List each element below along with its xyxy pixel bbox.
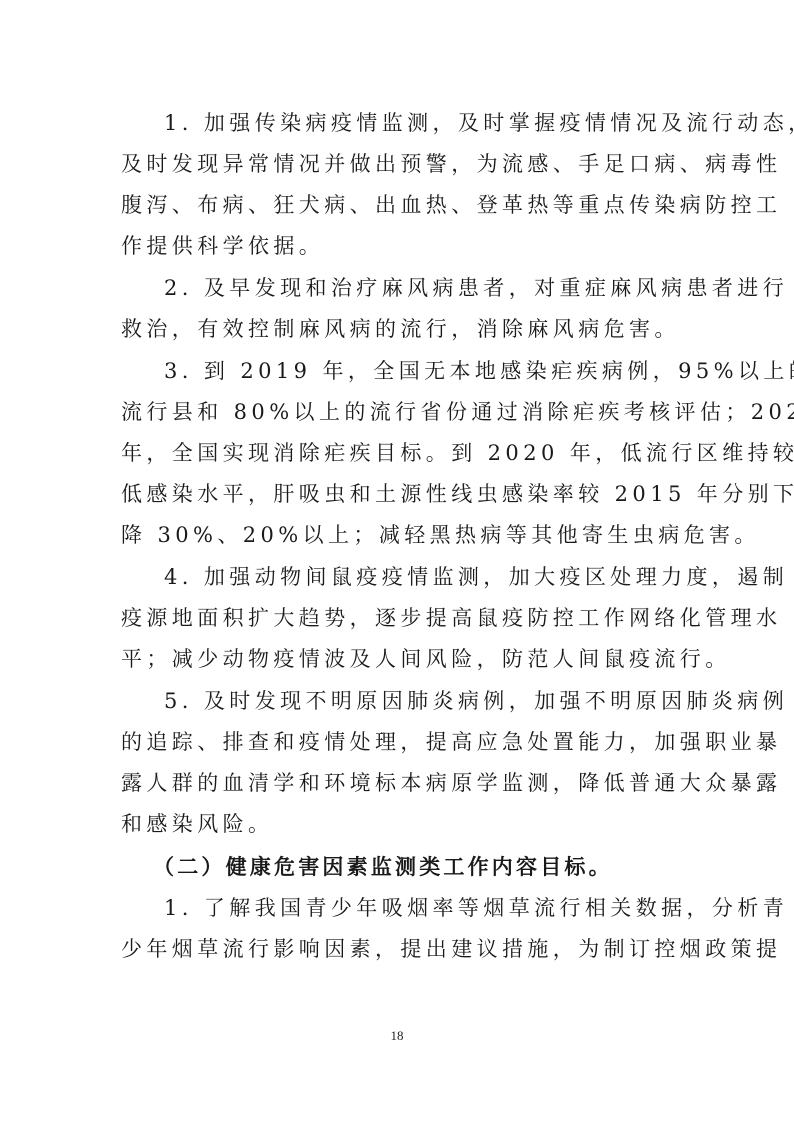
text-line: 流行县和 80%以上的流行省份通过消除疟疾考核评估；2020 [121,397,681,427]
text-line: 露人群的血清学和环境标本病原学监测，降低普通大众暴露 [121,768,681,798]
text-line: 降 30%、20%以上；减轻黑热病等其他寄生虫病危害。 [121,520,681,550]
text-line: 1. 加强传染病疫情监测，及时掌握疫情情况及流行动态， [164,108,681,138]
text-line: 疫源地面积扩大趋势，逐步提高鼠疫防控工作网络化管理水 [121,603,681,633]
text-line: 4. 加强动物间鼠疫疫情监测，加大疫区处理力度，遏制 [164,562,681,592]
section-heading: （二）健康危害因素监测类工作内容目标。 [153,852,673,882]
text-line: 和感染风险。 [121,809,681,839]
text-line: 少年烟草流行影响因素，提出建议措施，为制订控烟政策提 [121,934,681,964]
text-line: 及时发现异常情况并做出预警，为流感、手足口病、病毒性 [121,149,681,179]
text-line: 3. 到 2019 年，全国无本地感染疟疾病例，95%以上的 [164,356,681,386]
text-line: 平；减少动物疫情波及人间风险，防范人间鼠疫流行。 [121,644,681,674]
text-line: 1. 了解我国青少年吸烟率等烟草流行相关数据，分析青 [164,893,681,923]
text-line: 腹泻、布病、狂犬病、出血热、登革热等重点传染病防控工 [121,190,681,220]
text-line: 2. 及早发现和治疗麻风病患者，对重症麻风病患者进行 [164,273,681,303]
text-line: 的追踪、排查和疫情处理，提高应急处置能力，加强职业暴 [121,727,681,757]
document-page: 1. 加强传染病疫情监测，及时掌握疫情情况及流行动态， 及时发现异常情况并做出预… [0,0,794,1122]
text-line: 低感染水平，肝吸虫和土源性线虫感染率较 2015 年分别下 [121,479,681,509]
text-line: 年，全国实现消除疟疾目标。到 2020 年，低流行区维持较 [121,438,681,468]
text-line: 救治，有效控制麻风病的流行，消除麻风病危害。 [121,314,681,344]
text-line: 5. 及时发现不明原因肺炎病例，加强不明原因肺炎病例 [164,686,681,716]
text-line: 作提供科学依据。 [121,231,681,261]
page-number: 18 [0,1028,794,1044]
